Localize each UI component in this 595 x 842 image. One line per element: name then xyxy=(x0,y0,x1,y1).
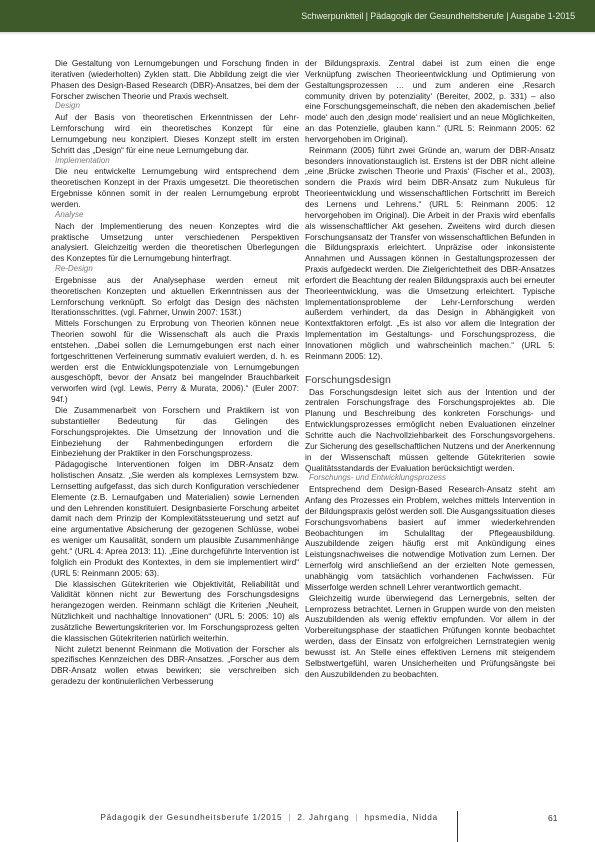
paragraph: Die neu entwickelte Lernumgebung wird en… xyxy=(51,166,299,209)
header-bar: Schwerpunktteil | Pädagogik der Gesundhe… xyxy=(0,0,595,32)
footer-citation: Pädagogik der Gesundheitsberufe 1/2015 |… xyxy=(100,813,438,822)
paragraph: Reinmann (2005) führt zwei Gründe an, wa… xyxy=(305,145,555,362)
footer-volume: 2. Jahrgang xyxy=(297,813,349,822)
paragraph: Entsprechend dem Design-Based Research-A… xyxy=(305,484,555,592)
paragraph: Die Gestaltung von Lernumgebungen und Fo… xyxy=(51,58,299,101)
page-number: 61 xyxy=(548,813,557,823)
paragraph: Nicht zuletzt benennt Reinmann die Motiv… xyxy=(51,644,299,687)
section-heading-forschungsdesign: Forschungsdesign xyxy=(305,374,555,386)
footer-journal: Pädagogik der Gesundheitsberufe 1/2015 xyxy=(100,813,282,822)
left-column: Die Gestaltung von Lernumgebungen und Fo… xyxy=(51,58,299,687)
paragraph: Mittels Forschungen zu Erprobung von The… xyxy=(51,318,299,405)
paragraph: der Bildungspraxis. Zentral dabei ist zu… xyxy=(305,58,555,145)
paragraph: Die klassischen Gütekriterien wie Objekt… xyxy=(51,579,299,644)
footer-separator: | xyxy=(285,813,294,822)
footer-divider xyxy=(457,811,458,842)
paragraph: Gleichzeitig wurde überwiegend das Lerne… xyxy=(305,593,555,680)
paragraph: Pädagogische Interventionen folgen im DB… xyxy=(51,459,299,578)
right-column: der Bildungspraxis. Zentral dabei ist zu… xyxy=(305,58,555,679)
paragraph: Das Forschungsdesign leitet sich aus der… xyxy=(305,387,555,474)
paragraph: Die Zusammenarbeit von Forschern und Pra… xyxy=(51,405,299,459)
page-footer: Pädagogik der Gesundheitsberufe 1/2015 |… xyxy=(0,806,595,842)
subheading-implementation: Implementation xyxy=(51,156,299,167)
subheading-process: Forschungs- und Entwicklungsprozess xyxy=(305,473,555,484)
footer-publisher: hpsmedia, Nidda xyxy=(365,813,438,822)
header-shadow xyxy=(0,32,595,35)
subheading-design: Design xyxy=(51,101,299,112)
running-header: Schwerpunktteil | Pädagogik der Gesundhe… xyxy=(301,11,575,21)
paragraph: Auf der Basis von theoretischen Erkenntn… xyxy=(51,112,299,155)
footer-separator: | xyxy=(353,813,362,822)
paragraph: Nach der Implementierung des neuen Konze… xyxy=(51,221,299,264)
subheading-redesign: Re-Design xyxy=(51,264,299,275)
subheading-analyse: Analyse xyxy=(51,210,299,221)
paragraph: Ergebnisse aus der Analysephase werden e… xyxy=(51,275,299,318)
